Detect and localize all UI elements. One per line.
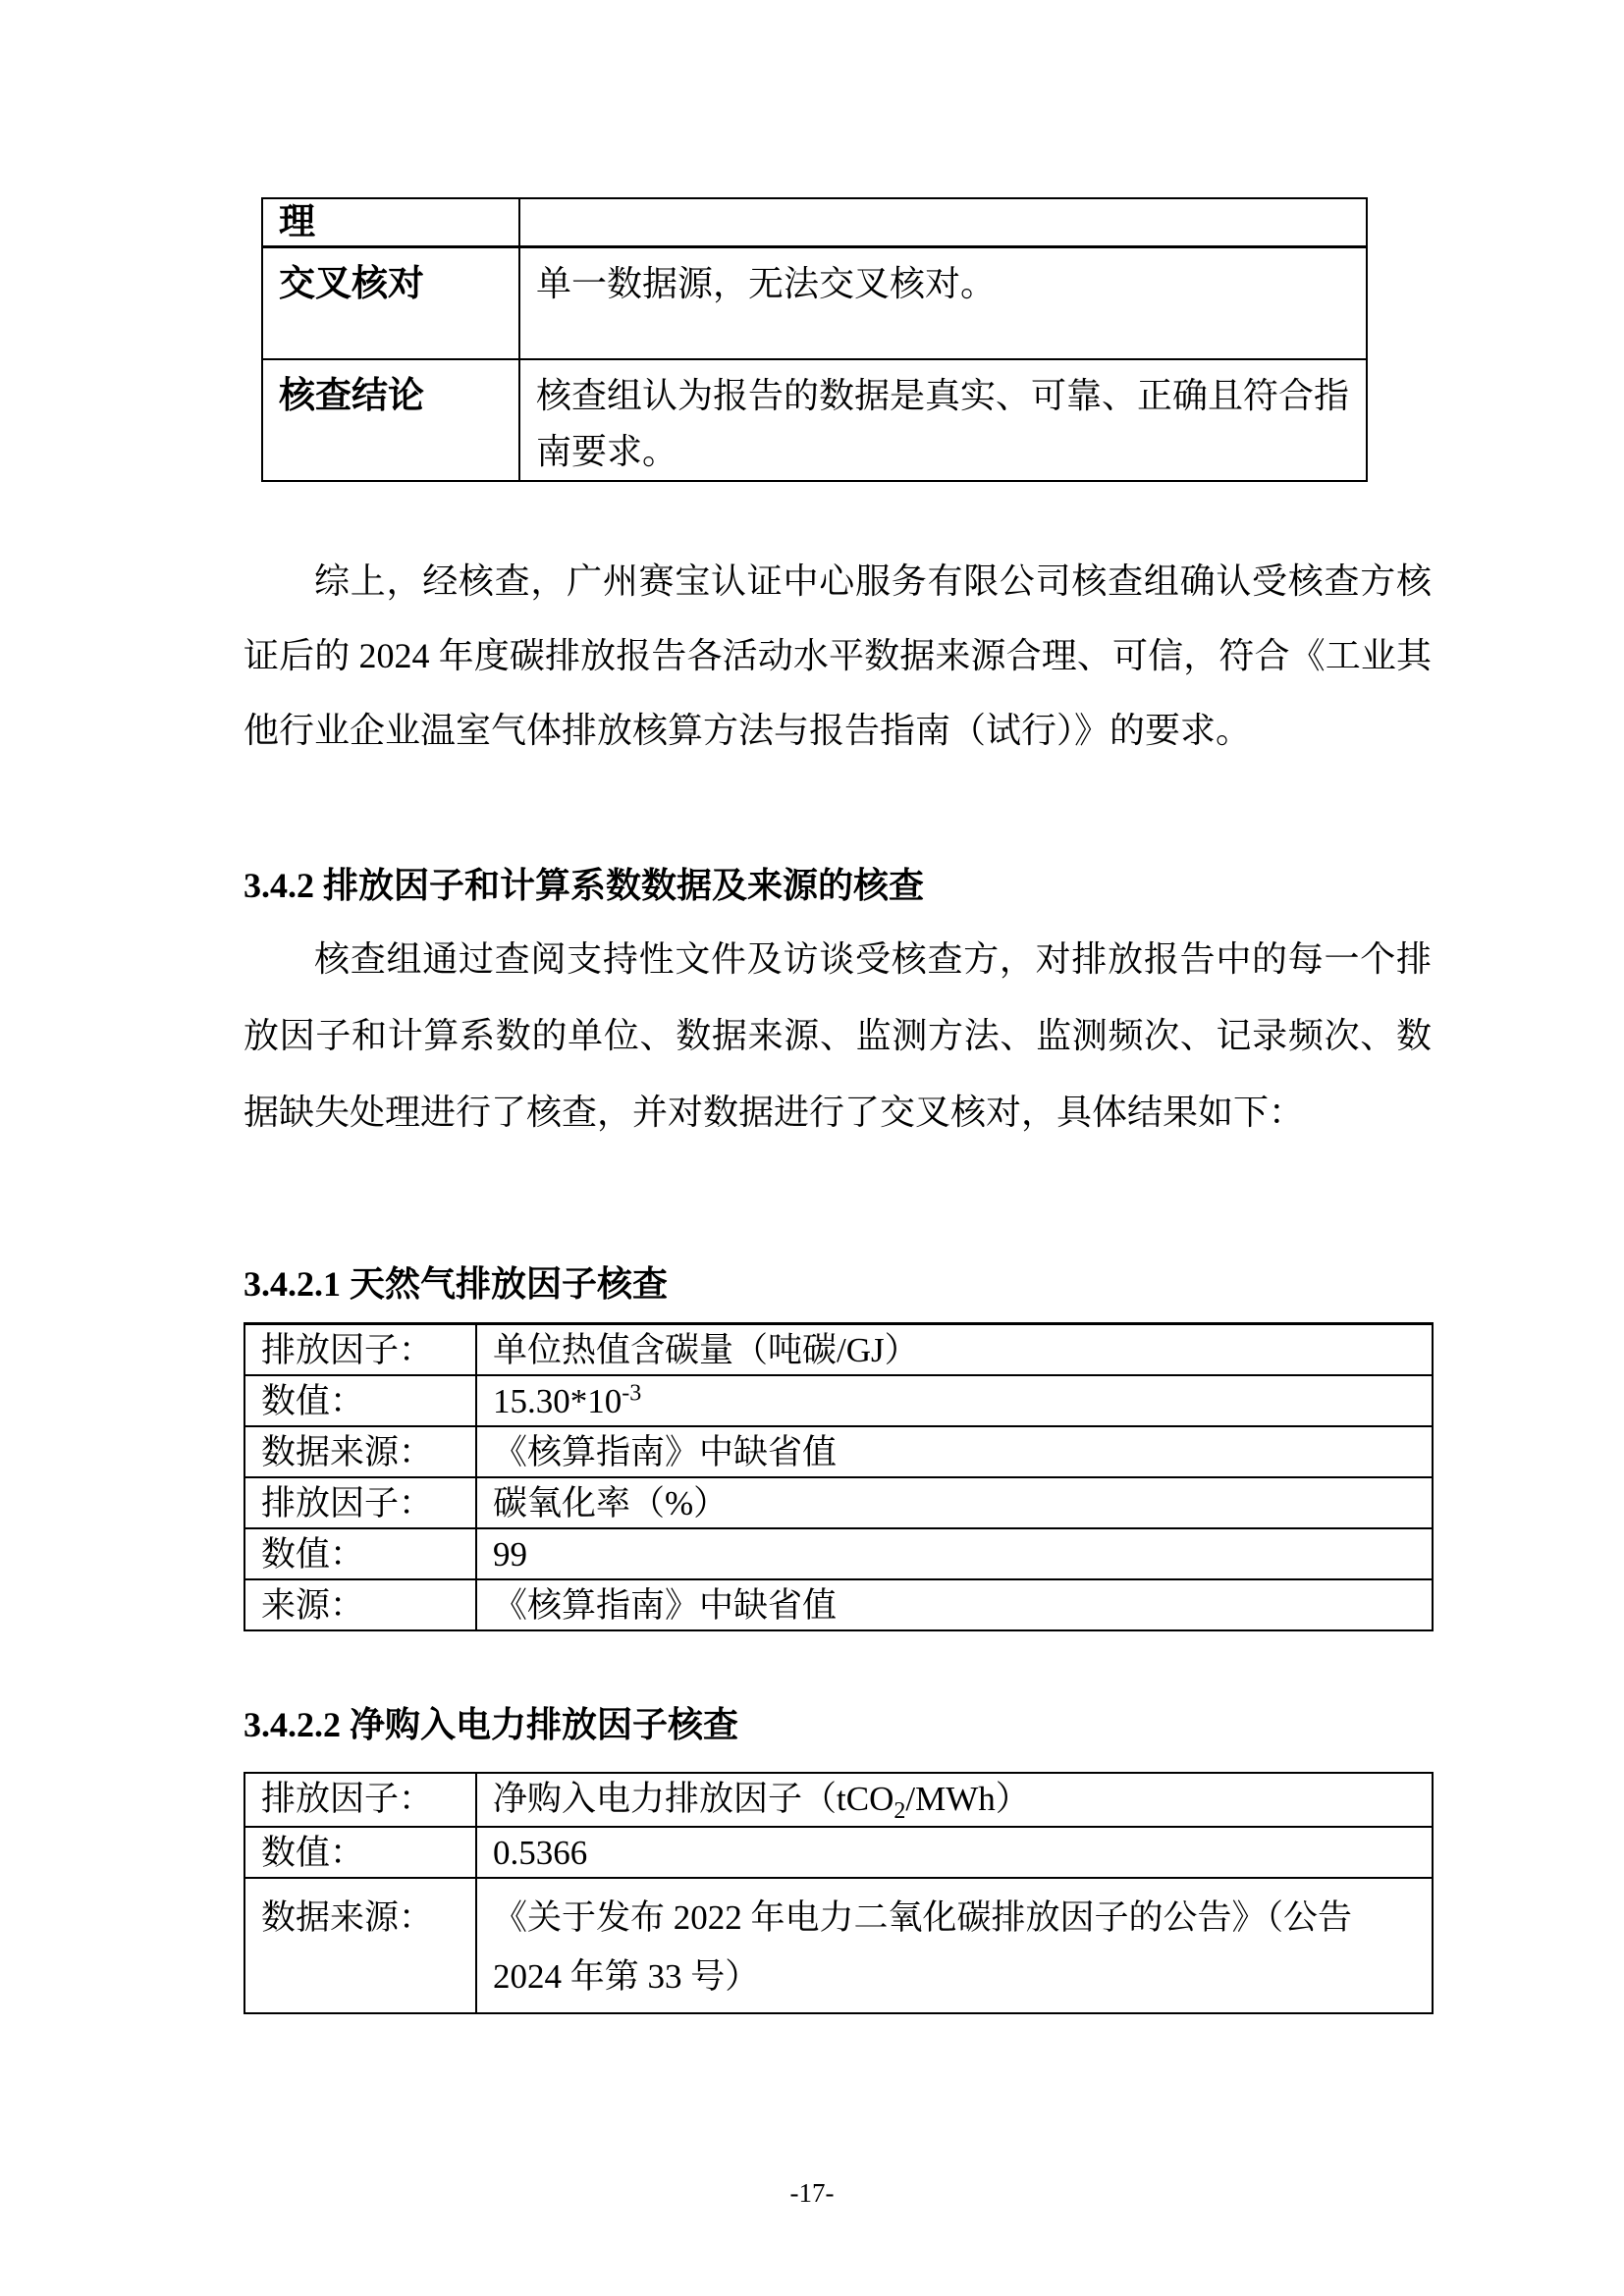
- section-paragraph-3-4-2: 核查组通过查阅支持性文件及访谈受核查方，对排放报告中的每一个排放因子和计算系数的…: [244, 921, 1432, 1150]
- row-label: 排放因子：: [244, 1477, 476, 1528]
- table-row-continuation: 理: [262, 198, 1367, 246]
- value-base: 15.30*10: [493, 1382, 622, 1420]
- row-label: 数值：: [244, 1375, 476, 1426]
- page-number: -17-: [0, 2177, 1624, 2209]
- table-row-source: 来源： 《核算指南》中缺省值: [244, 1579, 1433, 1630]
- row-value: 《核算指南》中缺省值: [476, 1579, 1433, 1630]
- row-label: 排放因子：: [244, 1324, 476, 1375]
- table-row-conclusion: 核查结论 核查组认为报告的数据是真实、可靠、正确且符合指南要求。: [262, 359, 1367, 481]
- row-label: 来源：: [244, 1579, 476, 1630]
- section-heading-3-4-2-2: 3.4.2.2 净购入电力排放因子核查: [244, 1703, 738, 1746]
- electricity-emission-factor-table: 排放因子： 净购入电力排放因子（tCO2/MWh） 数值： 0.5366 数据来…: [244, 1772, 1434, 2014]
- summary-paragraph: 综上，经核查，广州赛宝认证中心服务有限公司核查组确认受核查方核证后的 2024 …: [244, 544, 1432, 768]
- table-row-emission-factor: 排放因子： 净购入电力排放因子（tCO2/MWh）: [244, 1773, 1433, 1827]
- row-value: 《关于发布 2022 年电力二氧化碳排放因子的公告》（公告 2024 年第 33…: [476, 1878, 1433, 2013]
- table-row-data-source: 数据来源： 《核算指南》中缺省值: [244, 1426, 1433, 1477]
- section-heading-3-4-2-1: 3.4.2.1 天然气排放因子核查: [244, 1262, 668, 1306]
- row-value: 核查组认为报告的数据是真实、可靠、正确且符合指南要求。: [519, 359, 1367, 481]
- table-row-value: 数值： 99: [244, 1528, 1433, 1579]
- table-row-cross-check: 交叉核对 单一数据源，无法交叉核对。: [262, 246, 1367, 359]
- row-value: 15.30*10-3: [476, 1375, 1433, 1426]
- row-label: 核查结论: [262, 359, 519, 481]
- cross-check-conclusion-table: 理 交叉核对 单一数据源，无法交叉核对。 核查结论 核查组认为报告的数据是真实、…: [261, 197, 1368, 482]
- row-value: 0.5366: [476, 1827, 1433, 1878]
- value-prefix: 净购入电力排放因子（tCO: [493, 1780, 893, 1818]
- natural-gas-emission-factor-table: 排放因子： 单位热值含碳量（吨碳/GJ） 数值： 15.30*10-3 数据来源…: [244, 1322, 1434, 1631]
- row-label: 数值：: [244, 1827, 476, 1878]
- table-row-data-source: 数据来源： 《关于发布 2022 年电力二氧化碳排放因子的公告》（公告 2024…: [244, 1878, 1433, 2013]
- row-label: 数据来源：: [244, 1878, 476, 2013]
- row-value: [519, 198, 1367, 246]
- table-row-value: 数值： 15.30*10-3: [244, 1375, 1433, 1426]
- row-value: 《核算指南》中缺省值: [476, 1426, 1433, 1477]
- document-page: 理 交叉核对 单一数据源，无法交叉核对。 核查结论 核查组认为报告的数据是真实、…: [0, 0, 1624, 2296]
- section-heading-3-4-2: 3.4.2 排放因子和计算系数数据及来源的核查: [244, 864, 924, 907]
- subscript: 2: [893, 1798, 905, 1824]
- table-row-value: 数值： 0.5366: [244, 1827, 1433, 1878]
- row-label: 排放因子：: [244, 1773, 476, 1827]
- row-value: 99: [476, 1528, 1433, 1579]
- row-value: 净购入电力排放因子（tCO2/MWh）: [476, 1773, 1433, 1827]
- value-suffix: /MWh）: [905, 1780, 1029, 1818]
- row-value: 碳氧化率（%）: [476, 1477, 1433, 1528]
- row-value: 单位热值含碳量（吨碳/GJ）: [476, 1324, 1433, 1375]
- superscript-exponent: -3: [622, 1380, 641, 1406]
- row-label: 理: [262, 198, 519, 246]
- table-row-emission-factor: 排放因子： 单位热值含碳量（吨碳/GJ）: [244, 1324, 1433, 1375]
- row-label: 数值：: [244, 1528, 476, 1579]
- row-value: 单一数据源，无法交叉核对。: [519, 246, 1367, 359]
- row-label: 数据来源：: [244, 1426, 476, 1477]
- row-label: 交叉核对: [262, 246, 519, 359]
- table-row-emission-factor: 排放因子： 碳氧化率（%）: [244, 1477, 1433, 1528]
